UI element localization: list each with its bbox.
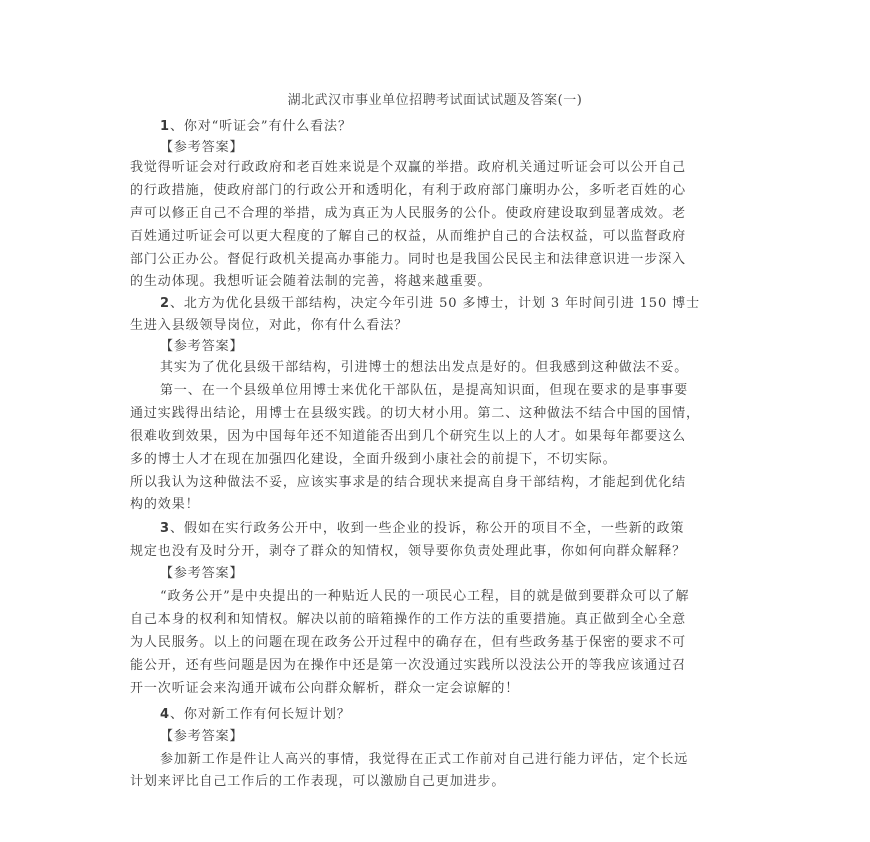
question-3-line-2: 规定也没有及时分开，剥夺了群众的知情权，领导要你负责处理此事，你如何向群众解释？	[130, 544, 750, 560]
question-text: 、北方为优化县级干部结构，决定今年引进 50 多博士，计划 3 年时间引进 15…	[170, 296, 700, 311]
question-text: 、假如在实行政务公开中，收到一些企业的投诉，称公开的项目不全，一些新的政策	[170, 521, 684, 536]
answer-line: 参加新工作是件让人高兴的事情，我觉得在正式工作前对自己进行能力评估，定个长远	[160, 752, 780, 768]
answer-line: 开一次听证会来沟通开诚布公向群众解析，群众一定会谅解的！	[130, 681, 750, 697]
answer-line: 其实为了优化县级干部结构，引进博士的想法出发点是好的。但我感到这种做法不妥。	[160, 360, 780, 376]
answer-line: 很难收到效果，因为中国每年还不知道能否出到几个研究生以上的人才。如果每年都要这么	[130, 429, 750, 445]
answer-line: 部门公正办公。督促行政机关提高办事能力。同时也是我国公民民主和法律意识进一步深入	[130, 252, 750, 268]
answer-line: 我觉得听证会对行政政府和老百姓来说是个双赢的举措。政府机关通过听证会可以公开自己	[130, 160, 750, 176]
answer-line: 计划来评比自己工作后的工作表现，可以激励自己更加进步。	[130, 774, 750, 790]
answer-line: 所以我认为这种做法不妥，应该实事求是的结合现状来提高自身干部结构，才能起到优化结	[130, 475, 750, 491]
answer-label: 【参考答案】	[160, 140, 780, 156]
question-text: 、你对“听证会”有什么看法？	[170, 119, 352, 134]
answer-label: 【参考答案】	[160, 339, 780, 355]
question-number: 4	[160, 707, 170, 722]
answer-label: 【参考答案】	[160, 566, 780, 582]
answer-line: 自己本身的权利和知情权。解决以前的暗箱操作的工作方法的重要措施。真正做到全心全意	[130, 612, 750, 628]
question-3: 3、假如在实行政务公开中，收到一些企业的投诉，称公开的项目不全，一些新的政策	[160, 521, 780, 537]
question-1: 1、你对“听证会”有什么看法？	[160, 119, 780, 135]
document-page: 湖北武汉市事业单位招聘考试面试试题及答案(一) 1、你对“听证会”有什么看法？ …	[0, 0, 870, 842]
answer-label: 【参考答案】	[160, 729, 780, 745]
answer-line: 通过实践得出结论，用博士在县级实践。的切大材小用。第二、这种做法不结合中国的国情…	[130, 406, 750, 422]
document-title: 湖北武汉市事业单位招聘考试面试试题及答案(一)	[0, 89, 870, 108]
answer-line: 能公开，还有些问题是因为在操作中还是第一次没通过实践所以没法公开的等我应该通过召	[130, 658, 750, 674]
question-2: 2、北方为优化县级干部结构，决定今年引进 50 多博士，计划 3 年时间引进 1…	[160, 296, 780, 312]
answer-line: 第一、在一个县级单位用博士来优化干部队伍，是提高知识面，但现在要求的是事事要	[160, 383, 780, 399]
answer-line: 的生动体现。我想听证会随着法制的完善，将越来越重要。	[130, 274, 750, 290]
answer-line: 构的效果！	[130, 497, 750, 513]
question-2-line-2: 生进入县级领导岗位，对此，你有什么看法？	[130, 318, 750, 334]
question-number: 3	[160, 521, 170, 536]
answer-line: 百姓通过听证会可以更大程度的了解自己的权益，从而维护自己的合法权益，可以监督政府	[130, 229, 750, 245]
answer-line: 的行政措施，使政府部门的行政公开和透明化，有利于政府部门廉明办公，多听老百姓的心	[130, 183, 750, 199]
answer-line: 为人民服务。以上的问题在现在政务公开过程中的确存在，但有些政务基于保密的要求不可	[130, 635, 750, 651]
question-text: 、你对新工作有何长短计划？	[170, 707, 351, 722]
question-number: 2	[160, 296, 170, 311]
question-4: 4、你对新工作有何长短计划？	[160, 707, 780, 723]
question-number: 1	[160, 119, 170, 134]
answer-line: “政务公开”是中央提出的一种贴近人民的一项民心工程，目的就是做到要群众可以了解	[160, 589, 780, 605]
answer-line: 多的博士人才在现在加强四化建设，全面升级到小康社会的前提下，不切实际。	[130, 452, 750, 468]
answer-line: 声可以修正自己不合理的举措，成为真正为人民服务的公仆。使政府建设取到显著成效。老	[130, 206, 750, 222]
